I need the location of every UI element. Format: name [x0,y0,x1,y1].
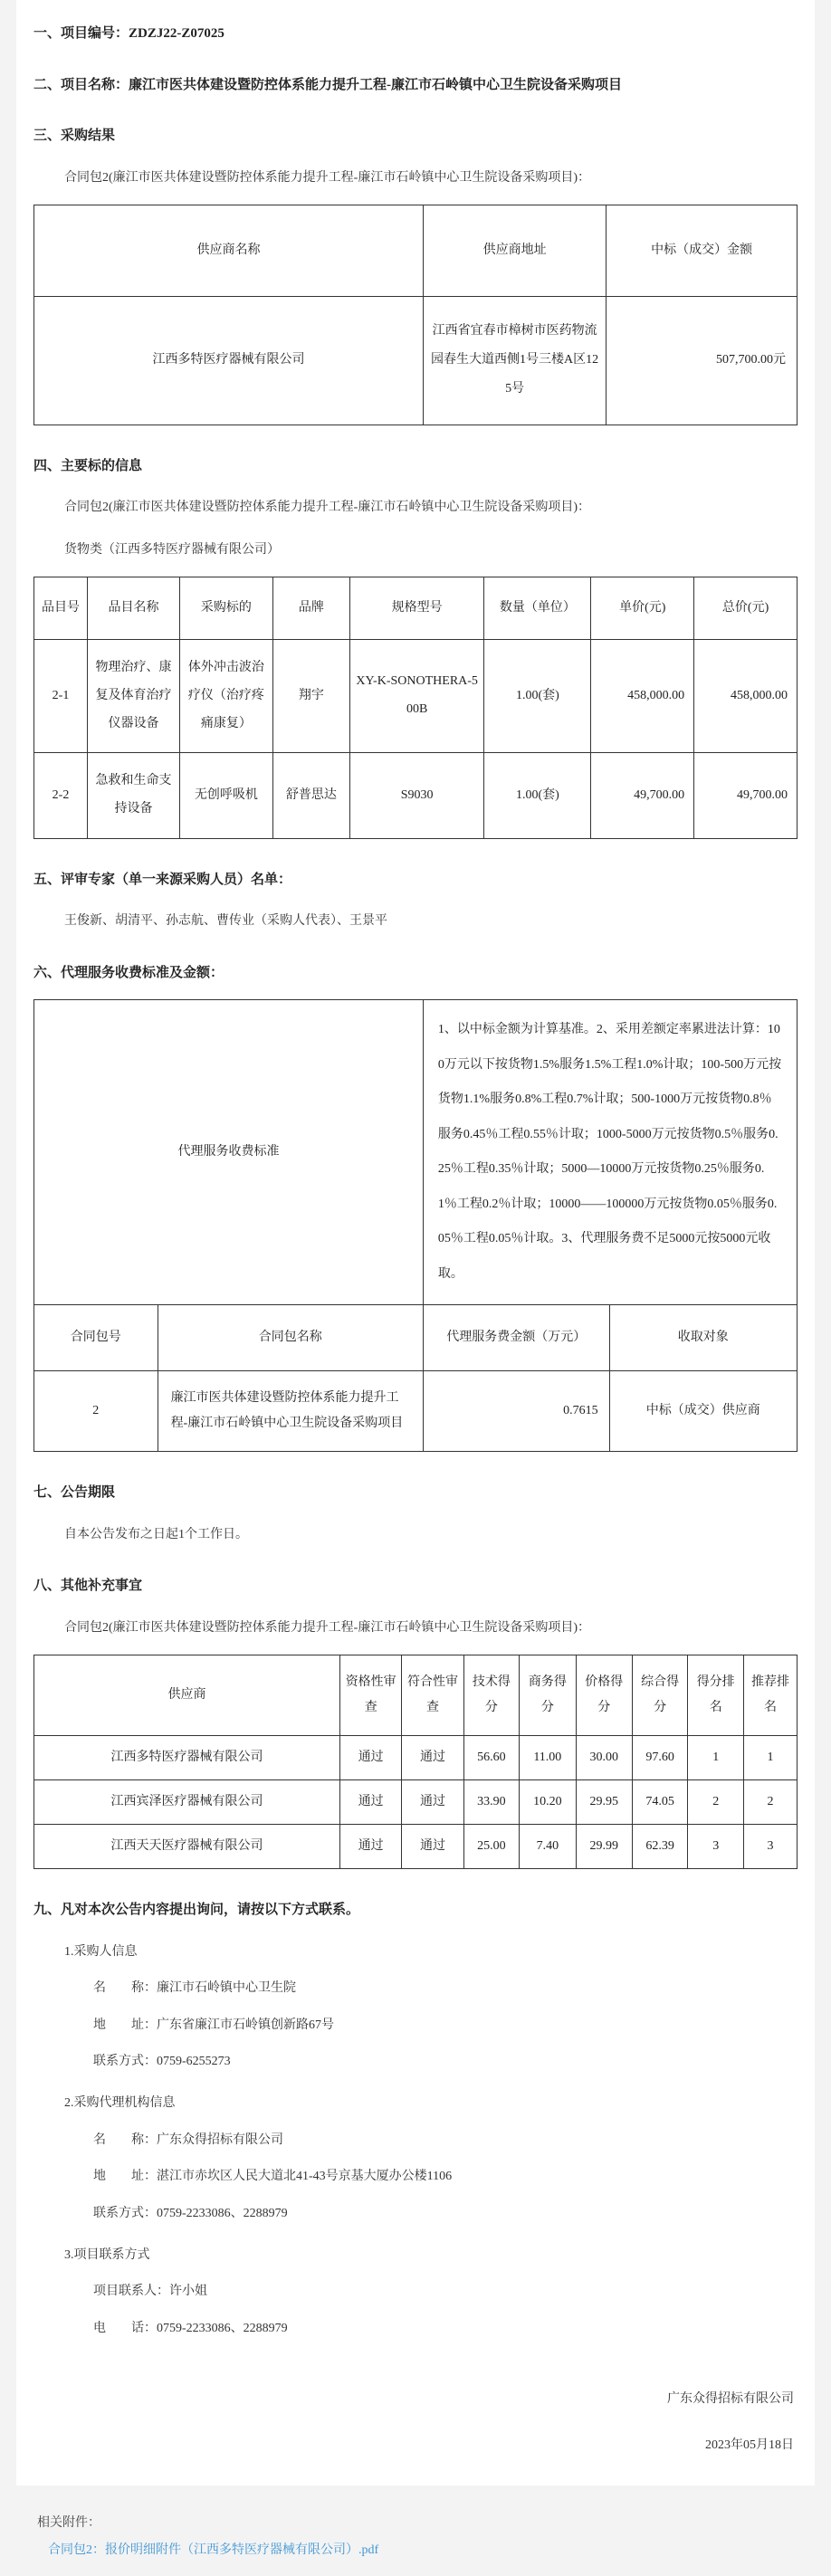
signature-date: 2023年05月18日 [33,2436,794,2455]
conformity-review: 通过 [402,1780,463,1825]
col-price-score: 价格得分 [576,1655,632,1736]
supplier: 江西多特医疗器械有限公司 [34,1736,340,1780]
col-quantity: 数量（单位） [484,577,591,639]
section4-category-line: 货物类（江西多特医疗器械有限公司） [64,540,798,560]
contact-block: 1.采购人信息 名 称：廉江市石岭镇中心卫生院 地 址：广东省廉江市石岭镇创新路… [33,1942,798,2339]
conformity-review: 通过 [402,1825,463,1869]
overall-score: 74.05 [632,1780,688,1825]
price-score: 29.99 [576,1825,632,1869]
col-supplier-address: 供应商地址 [423,205,606,296]
price-score: 29.95 [576,1780,632,1825]
qualification-review: 通过 [340,1736,402,1780]
section7-heading: 七、公告期限 [33,1483,798,1503]
agency-fee-amount-table: 合同包号 合同包名称 代理服务费金额（万元） 收取对象 2 廉江市医共体建设暨防… [33,1304,798,1452]
recommend-rank: 3 [743,1825,797,1869]
table-row: 江西多特医疗器械有限公司 通过 通过 56.60 11.00 30.00 97.… [34,1736,798,1780]
attachment-label: 相关附件： [37,2513,831,2531]
item-name: 急救和生命支持设备 [88,753,180,839]
qualification-review: 通过 [340,1825,402,1869]
score-table: 供应商 资格性审查 符合性审查 技术得分 商务得分 价格得分 综合得分 得分排名… [33,1655,798,1869]
attachment-link[interactable]: 合同包2：报价明细附件（江西多特医疗器械有限公司）.pdf [48,2543,378,2557]
award-amount: 507,700.00元 [607,297,798,425]
tech-score: 56.60 [463,1736,520,1780]
col-conformity-review: 符合性审查 [402,1655,463,1736]
purchase-result-table: 供应商名称 供应商地址 中标（成交）金额 江西多特医疗器械有限公司 江西省宜春市… [33,205,798,425]
announcement-period: 自本公告发布之日起1个工作日。 [64,1525,798,1545]
col-item-name: 品目名称 [88,577,180,639]
supplier: 江西天天医疗器械有限公司 [34,1825,340,1869]
col-item-no: 品目号 [34,577,88,639]
quantity: 1.00(套) [484,639,591,752]
table-header-row: 品目号 品目名称 采购标的 品牌 规格型号 数量（单位） 单价(元) 总价(元) [34,577,798,639]
purchaser-info-title: 1.采购人信息 [64,1942,798,1962]
section3-package-line: 合同包2(廉江市医共体建设暨防控体系能力提升工程-廉江市石岭镇中心卫生院设备采购… [64,168,798,188]
unit-price: 458,000.00 [591,639,694,752]
agency-address: 地 址：湛江市赤坎区人民大道北41-43号京基大厦办公楼1106 [93,2167,798,2187]
brand: 翔宇 [272,639,349,752]
col-unit-price: 单价(元) [591,577,694,639]
section6-heading: 六、代理服务收费标准及金额： [33,963,798,984]
section1-project-number: 一、项目编号：ZDZJ22-Z07025 [33,24,798,44]
project-contact-title: 3.项目联系方式 [64,2246,798,2266]
section9-heading: 九、凡对本次公告内容提出询问，请按以下方式联系。 [33,1900,798,1921]
item-no: 2-1 [34,639,88,752]
col-fee-payer: 收取对象 [609,1305,797,1371]
purchaser-name: 名 称：廉江市石岭镇中心卫生院 [93,1979,798,1999]
tech-score: 33.90 [463,1780,520,1825]
table-row: 代理服务收费标准 1、以中标金额为计算基准。2、采用差额定率累进法计算：100万… [34,1000,798,1305]
table-row: 2 廉江市医共体建设暨防控体系能力提升工程-廉江市石岭镇中心卫生院设备采购项目 … [34,1371,798,1452]
business-score: 7.40 [520,1825,576,1869]
spec-model: S9030 [349,753,483,839]
business-score: 10.20 [520,1780,576,1825]
tech-score: 25.00 [463,1825,520,1869]
procurement-target: 体外冲击波治疗仪（治疗疼痛康复） [180,639,273,752]
section3-heading: 三、采购结果 [33,126,798,147]
project-contact-phone: 电 话：0759-2233086、2288979 [93,2319,798,2339]
col-spec-model: 规格型号 [349,577,483,639]
col-package-name: 合同包名称 [158,1305,423,1371]
price-score: 30.00 [576,1736,632,1780]
total-price: 458,000.00 [694,639,798,752]
col-fee-amount: 代理服务费金额（万元） [423,1305,609,1371]
brand: 舒普思达 [272,753,349,839]
table-row: 2-1 物理治疗、康复及体育治疗仪器设备 体外冲击波治疗仪（治疗疼痛康复） 翔宇… [34,639,798,752]
attachment-footer: 相关附件： 合同包2：报价明细附件（江西多特医疗器械有限公司）.pdf [0,2485,831,2576]
total-price: 49,700.00 [694,753,798,839]
section8-heading: 八、其他补充事宜 [33,1576,798,1597]
unit-price: 49,700.00 [591,753,694,839]
col-brand: 品牌 [272,577,349,639]
overall-score: 62.39 [632,1825,688,1869]
col-package-no: 合同包号 [34,1305,158,1371]
col-qualification-review: 资格性审查 [340,1655,402,1736]
package-no: 2 [34,1371,158,1452]
table-header-row: 供应商 资格性审查 符合性审查 技术得分 商务得分 价格得分 综合得分 得分排名… [34,1655,798,1736]
spec-model: XY-K-SONOTHERA-500B [349,639,483,752]
col-award-amount: 中标（成交）金额 [607,205,798,296]
agency-contact: 联系方式：0759-2233086、2288979 [93,2204,798,2224]
recommend-rank: 1 [743,1736,797,1780]
section4-heading: 四、主要标的信息 [33,456,798,477]
fee-standard-label: 代理服务收费标准 [34,1000,424,1305]
agency-name: 名 称：广东众得招标有限公司 [93,2131,798,2151]
section4-package-line: 合同包2(廉江市医共体建设暨防控体系能力提升工程-廉江市石岭镇中心卫生院设备采购… [64,498,798,518]
purchaser-contact: 联系方式：0759-6255273 [93,2052,798,2072]
col-supplier-name: 供应商名称 [34,205,424,296]
col-total-price: 总价(元) [694,577,798,639]
col-overall-score: 综合得分 [632,1655,688,1736]
overall-score: 97.60 [632,1736,688,1780]
business-score: 11.00 [520,1736,576,1780]
signature-company: 广东众得招标有限公司 [33,2390,794,2409]
score-rank: 1 [688,1736,744,1780]
fee-amount: 0.7615 [423,1371,609,1452]
section8-package-line: 合同包2(廉江市医共体建设暨防控体系能力提升工程-廉江市石岭镇中心卫生院设备采购… [64,1618,798,1638]
conformity-review: 通过 [402,1736,463,1780]
main-subject-table: 品目号 品目名称 采购标的 品牌 规格型号 数量（单位） 单价(元) 总价(元)… [33,577,798,839]
col-business-score: 商务得分 [520,1655,576,1736]
table-header-row: 合同包号 合同包名称 代理服务费金额（万元） 收取对象 [34,1305,798,1371]
score-rank: 2 [688,1780,744,1825]
item-name: 物理治疗、康复及体育治疗仪器设备 [88,639,180,752]
supplier-name: 江西多特医疗器械有限公司 [34,297,424,425]
supplier: 江西宾泽医疗器械有限公司 [34,1780,340,1825]
package-name: 廉江市医共体建设暨防控体系能力提升工程-廉江市石岭镇中心卫生院设备采购项目 [158,1371,423,1452]
table-row: 江西天天医疗器械有限公司 通过 通过 25.00 7.40 29.99 62.3… [34,1825,798,1869]
fee-standard-text: 1、以中标金额为计算基准。2、采用差额定率累进法计算：100万元以下按货物1.5… [423,1000,797,1305]
section5-heading: 五、评审专家（单一来源采购人员）名单： [33,870,798,891]
table-row: 江西多特医疗器械有限公司 江西省宜春市樟树市医药物流园春生大道西侧1号三楼A区1… [34,297,798,425]
fee-payer: 中标（成交）供应商 [609,1371,797,1452]
signature-block: 广东众得招标有限公司 2023年05月18日 [33,2390,794,2455]
section2-project-name: 二、项目名称：廉江市医共体建设暨防控体系能力提升工程-廉江市石岭镇中心卫生院设备… [33,75,798,96]
score-rank: 3 [688,1825,744,1869]
col-score-rank: 得分排名 [688,1655,744,1736]
table-row: 2-2 急救和生命支持设备 无创呼吸机 舒普思达 S9030 1.00(套) 4… [34,753,798,839]
col-supplier: 供应商 [34,1655,340,1736]
supplier-address: 江西省宜春市樟树市医药物流园春生大道西侧1号三楼A区125号 [423,297,606,425]
col-recommend-rank: 推荐排名 [743,1655,797,1736]
procurement-target: 无创呼吸机 [180,753,273,839]
expert-names: 王俊新、胡清平、孙志航、曹传业（采购人代表）、王景平 [64,911,798,931]
item-no: 2-2 [34,753,88,839]
quantity: 1.00(套) [484,753,591,839]
table-header-row: 供应商名称 供应商地址 中标（成交）金额 [34,205,798,296]
table-row: 江西宾泽医疗器械有限公司 通过 通过 33.90 10.20 29.95 74.… [34,1780,798,1825]
project-contact-person: 项目联系人：许小姐 [93,2282,798,2302]
recommend-rank: 2 [743,1780,797,1825]
purchaser-address: 地 址：广东省廉江市石岭镇创新路67号 [93,2016,798,2036]
col-tech-score: 技术得分 [463,1655,520,1736]
col-procurement-target: 采购标的 [180,577,273,639]
announcement-document: 一、项目编号：ZDZJ22-Z07025 二、项目名称：廉江市医共体建设暨防控体… [16,0,815,2485]
agency-fee-standard-table: 代理服务收费标准 1、以中标金额为计算基准。2、采用差额定率累进法计算：100万… [33,999,798,1305]
qualification-review: 通过 [340,1780,402,1825]
agency-info-title: 2.采购代理机构信息 [64,2094,798,2113]
